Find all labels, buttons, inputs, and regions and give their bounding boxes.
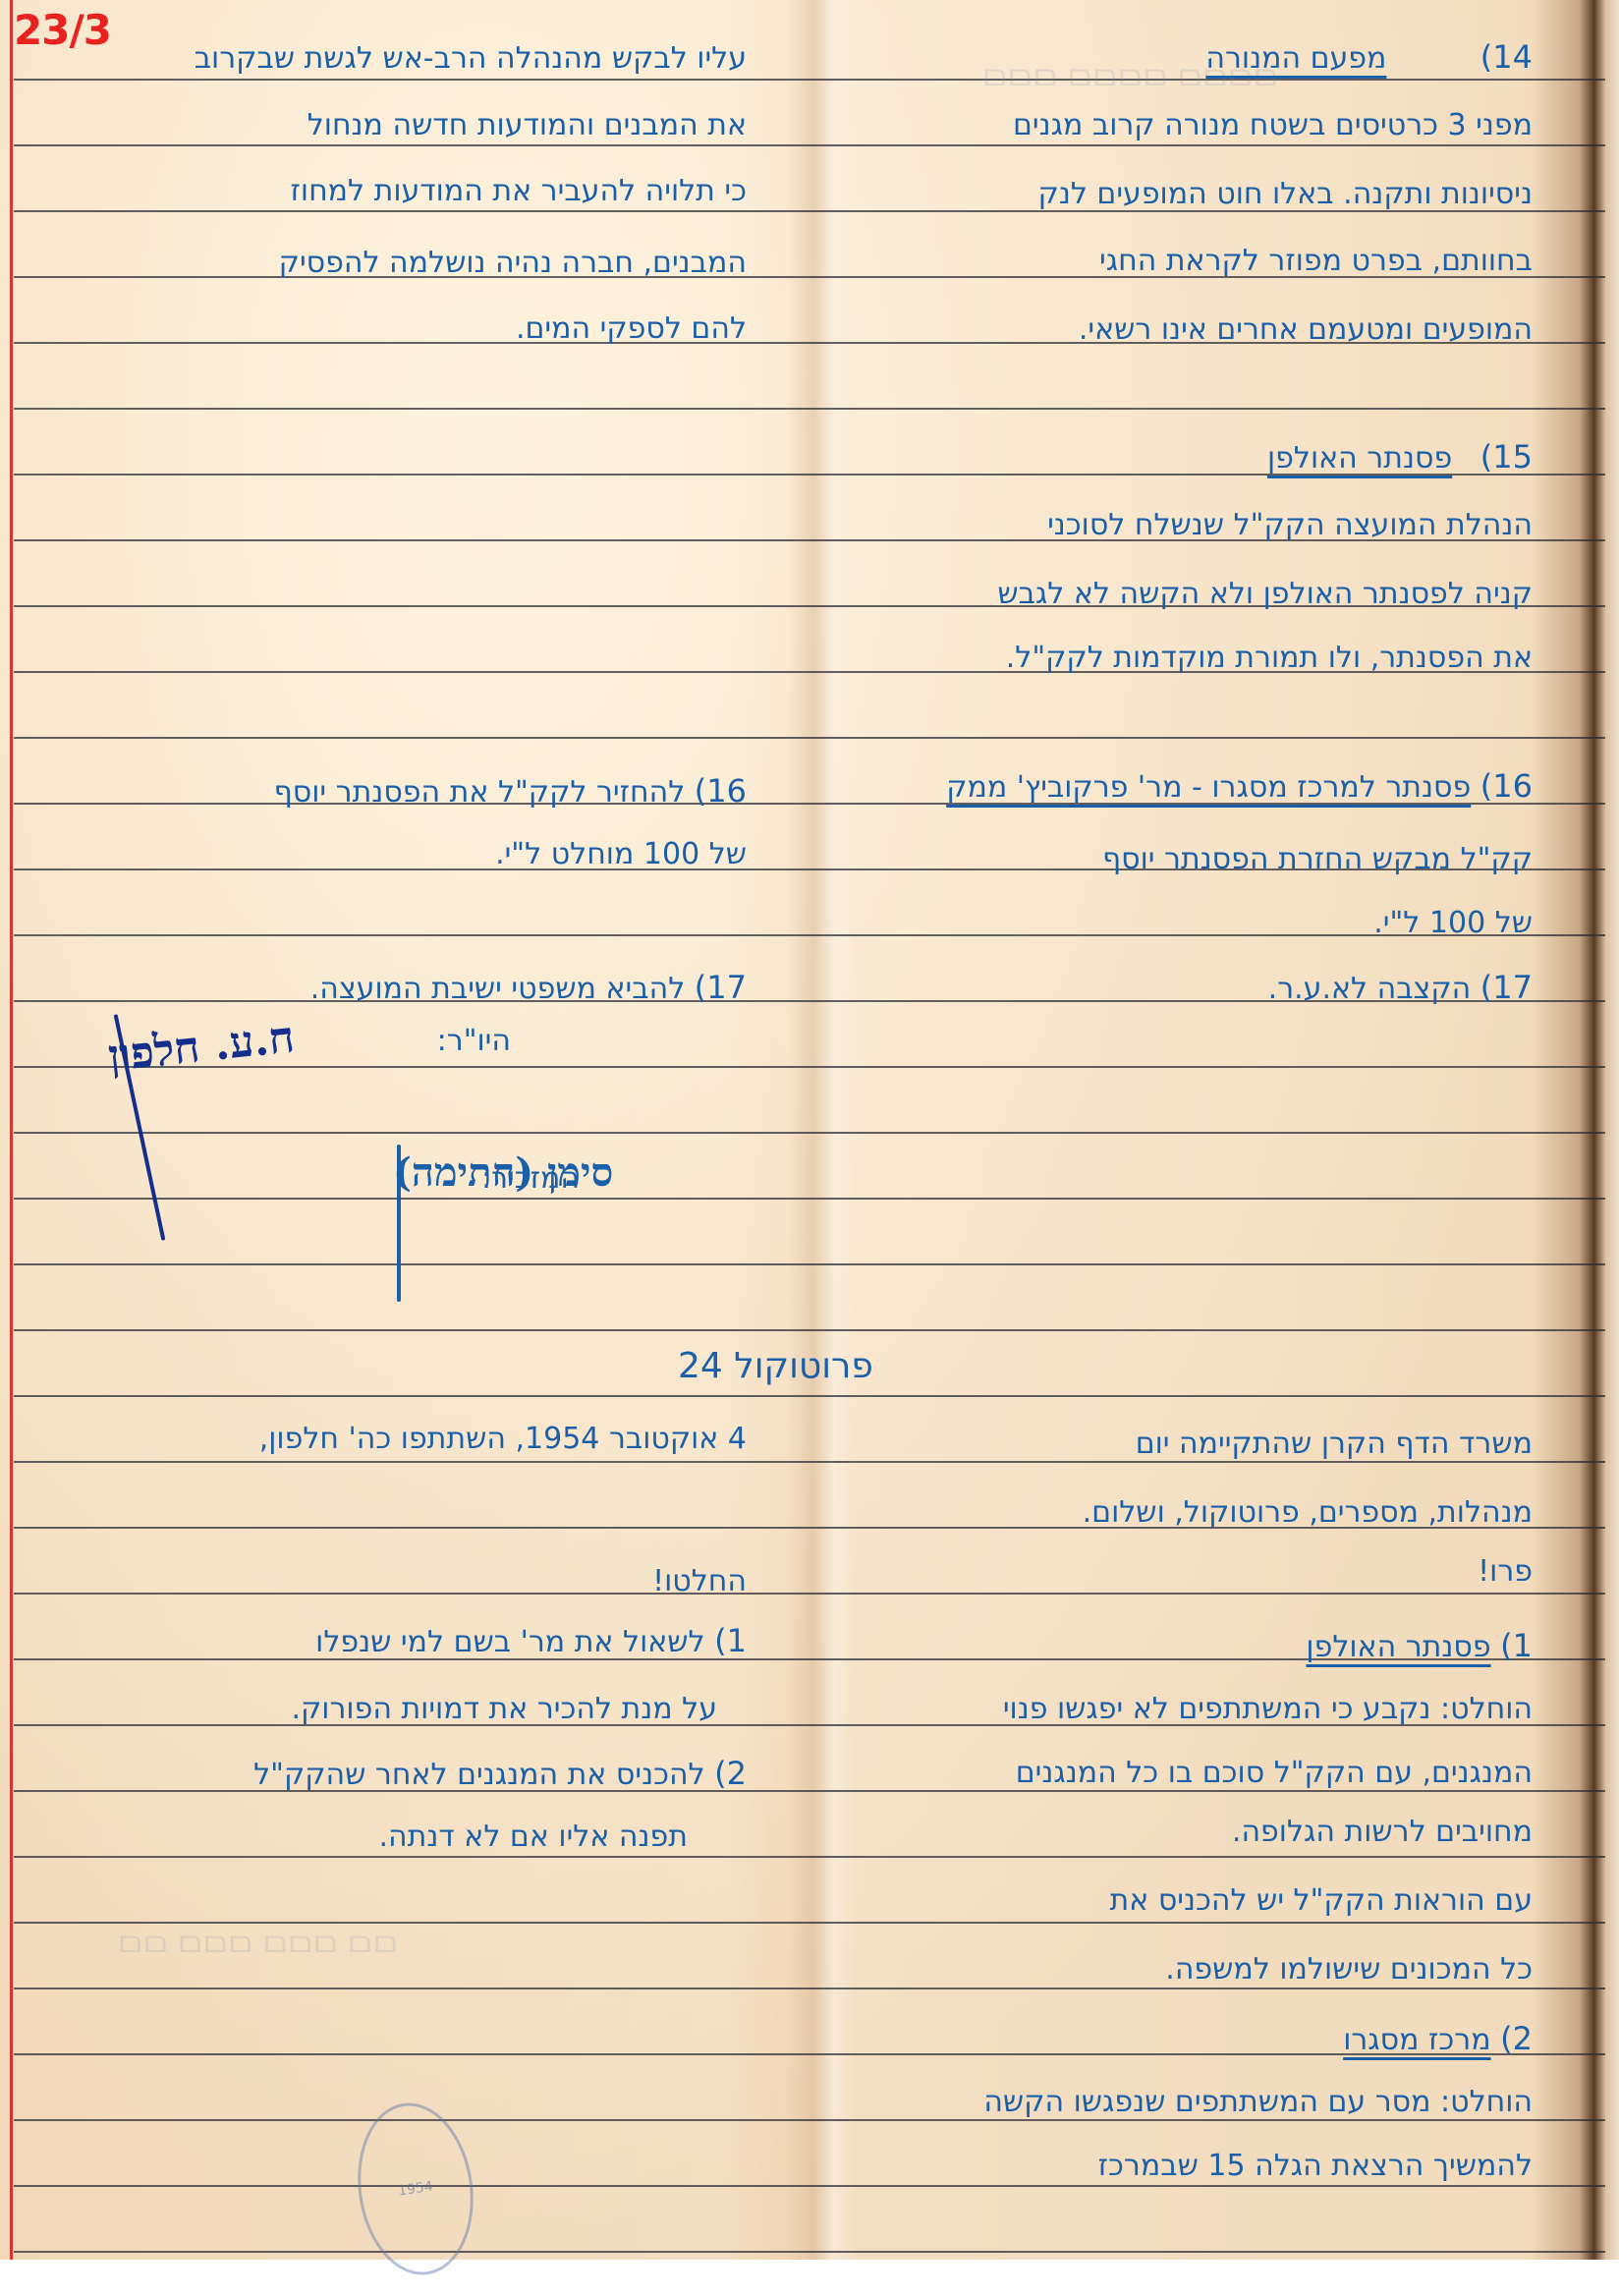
text-line: להם לספקי המים.: [516, 309, 747, 349]
item-number: 15): [1480, 438, 1533, 476]
item-15-heading-line: 15) פסנתר האולפן: [1267, 437, 1533, 478]
text-line: כל המכונים שישולמו למשפה.: [1165, 1950, 1533, 1989]
section-title: פרוטוקול 24: [678, 1346, 873, 1386]
item-17-line: 17) להביא משפטי ישיבת המועצה.: [310, 968, 747, 1009]
text-line: של 100 ל"י.: [1373, 904, 1533, 943]
ruled-line: [14, 1395, 1605, 1397]
text-line: את המבנים והמודעות חדשה מנחול: [307, 106, 747, 145]
text-line: על מנת להכיר את דמויות הפורוק.: [291, 1690, 717, 1729]
text-line: קק"ל מבקש החזרת הפסנתר יוסף: [1102, 840, 1533, 879]
text-line: מפני 3 כרטיסים בשטח מנורה קרוב מגנים: [1013, 106, 1533, 145]
item-17-line: 17) הקצבה לא.ע.ר.: [1268, 968, 1533, 1009]
item-16-heading: פסנתר למרכז מסגרו - מר' פרקוביץ' ממק: [946, 770, 1471, 805]
text-line: בחוותם, בפרט מפוזר לקראת החגי: [1099, 242, 1533, 281]
bleed-through-text: ﬦﬦ ﬦﬦﬦ ﬦﬦﬦ ﬦﬦ: [118, 1926, 398, 1960]
text-line: של 100 מוחלט ל"י.: [495, 835, 747, 874]
item-number: 1): [1500, 1627, 1533, 1664]
item-number: 14): [1480, 38, 1533, 76]
item-16-line: 16) להחזיר לקק"ל את הפסנתר יוסף: [274, 771, 747, 812]
item-number: 17): [1480, 969, 1533, 1006]
text-line: המבנים, חברה נהיה נושלמה להפסיק: [279, 244, 747, 283]
section2-item-1-heading: פסנתר האולפן: [1306, 1630, 1490, 1664]
ruled-line: [14, 1198, 1605, 1200]
ruled-line: [14, 737, 1605, 739]
text-line: תפנה אליו אם לא דנתה.: [378, 1818, 688, 1857]
item-14-heading-line: 14) מפעם המנורה: [1205, 37, 1533, 79]
item-number: 2): [714, 1755, 747, 1792]
chair-label: היו"ר:: [437, 1022, 511, 1061]
page-annotation: 23/3: [14, 6, 111, 54]
text-line: המופעים ומטעמם אחרים אינו רשאי.: [1079, 310, 1533, 350]
item-17-text: הקצבה לא.ע.ר.: [1268, 972, 1472, 1006]
section2-item-1-line: 1) לשאול את מר' בשם למי שנפלו: [315, 1621, 747, 1662]
ruled-line: [14, 79, 1605, 81]
text-line: להכניס את המנגנים לאחר שהקק"ל: [253, 1758, 705, 1792]
text-line: להחזיר לקק"ל את הפסנתר יוסף: [274, 775, 686, 810]
ruled-line: [14, 1593, 1605, 1595]
text-line: 4 אוקטובר 1954, השתתפו כה' חלפון,: [259, 1420, 747, 1459]
text-line: הנהלת המועצה הקק"ל שנשלח לסוכני: [1047, 506, 1533, 545]
section2-item-2-heading: מרכז מסגרו: [1343, 2023, 1490, 2057]
item-14-heading: מפעם המנורה: [1205, 41, 1386, 76]
text-line: משרד הדף הקרן שהתקיימה יום: [1136, 1425, 1533, 1464]
text-line: הוחלט: נקבע כי המשתתפים לא יפגשו פנוי: [1003, 1690, 1533, 1729]
scan-border: [0, 2260, 1619, 2296]
item-15-heading: פסנתר האולפן: [1267, 441, 1452, 476]
item-17-text: להביא משפטי ישיבת המועצה.: [310, 972, 686, 1006]
text-line: עם הוראות הקק"ל יש להכניס את: [1110, 1881, 1533, 1921]
text-line: מחויבים לרשות הגלופה.: [1232, 1813, 1533, 1852]
item-number: 2): [1500, 2020, 1533, 2057]
signature-stroke: [397, 1145, 401, 1302]
ruled-line: [14, 1329, 1605, 1331]
text-line: כי תלויה להעביר את המודעות למחוז: [291, 172, 747, 211]
text-line: מנהלות, מספרים, פרוטוקול, ושלום.: [1083, 1493, 1533, 1533]
ruled-line: [14, 1132, 1605, 1134]
text-line: עליו לבקש מהנהלה הרב-אש לגשת שבקרוב: [195, 39, 747, 79]
secretary-signature: סימן (חתימה): [393, 1149, 613, 1196]
text-line: המנגנים, עם הקק"ל סוכם בו כל המנגנים: [1016, 1754, 1533, 1793]
ruled-line: [14, 1922, 1605, 1924]
text-line: הוחלט: מסר עם המשתתפים שנפגשו הקשה: [983, 2083, 1533, 2122]
closing-text: החלטו!: [652, 1562, 747, 1601]
text-line: קניה לפסנתר האולפן ולא הקשה לא לגבש: [997, 575, 1533, 614]
text-line: פרו!: [1478, 1552, 1533, 1592]
text-line: לשאול את מר' בשם למי שנפלו: [315, 1625, 704, 1659]
item-16-heading-line: 16) פסנתר למרכז מסגרו - מר' פרקוביץ' ממק: [946, 766, 1533, 808]
ruled-line: [14, 1856, 1605, 1858]
stamp-text: 1954: [397, 2179, 434, 2200]
text-line: את הפסנתר, ולו תמורת מוקדמות לקק"ל.: [1006, 639, 1533, 678]
section2-item-2-heading-line: 2) מרכז מסגרו: [1343, 2019, 1533, 2060]
ruled-line: [14, 934, 1605, 936]
item-number: 1): [714, 1622, 747, 1659]
ruled-line: [14, 1263, 1605, 1265]
text-line: להמשיך הרצאת הגלה 15 שבמרכז: [1098, 2147, 1533, 2186]
item-number: 17): [695, 969, 747, 1006]
section2-item-2-line: 2) להכניס את המנגנים לאחר שהקק"ל: [253, 1754, 747, 1795]
item-number: 16): [1480, 767, 1533, 805]
text-line: ניסיונות ותקנה. באלו חוט המופעים לנק: [1038, 175, 1533, 214]
ruled-line: [14, 408, 1605, 410]
item-number: 16): [695, 772, 747, 810]
section2-item-1-heading-line: 1) פסנתר האולפן: [1306, 1626, 1533, 1667]
ruled-line: [14, 2251, 1605, 2253]
